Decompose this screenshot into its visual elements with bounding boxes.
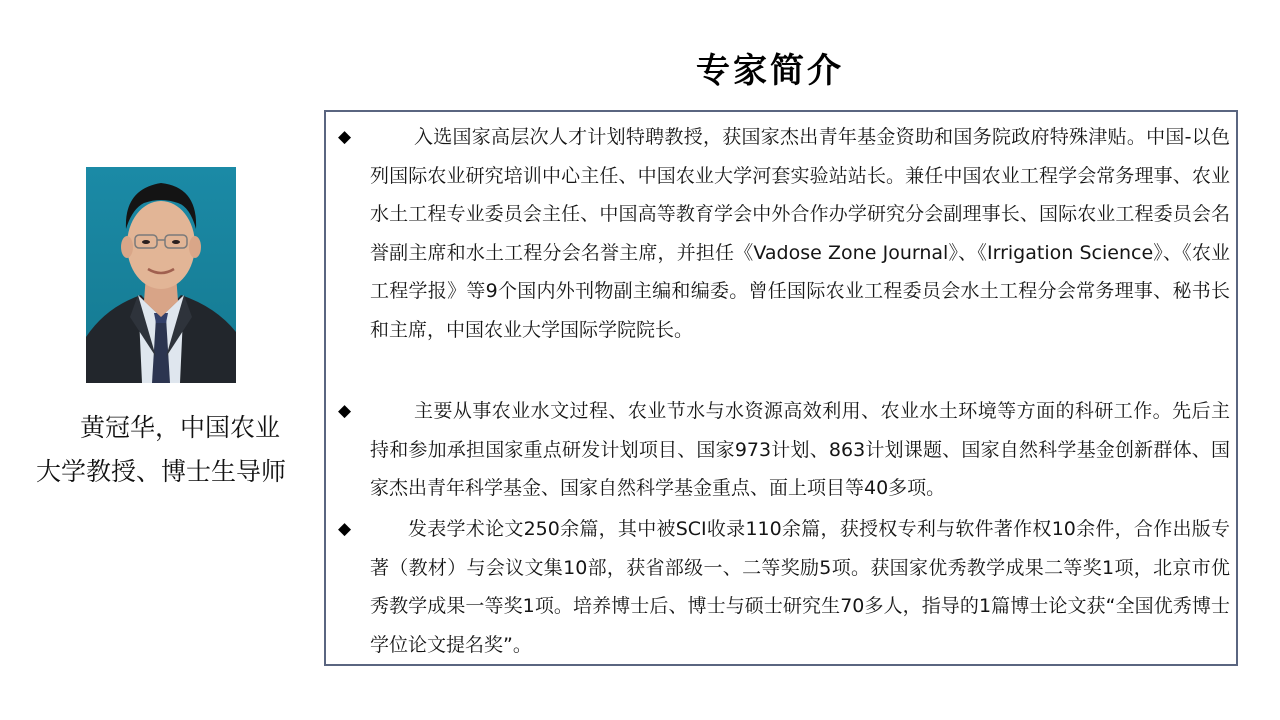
diamond-bullet-icon: ◆ xyxy=(338,392,358,431)
bio-item-text: 入选国家高层次人才计划特聘教授，获国家杰出青年基金资助和国务院政府特殊津贴。中国… xyxy=(370,118,1230,349)
bio-item-text: 发表学术论文250余篇，其中被SCI收录110余篇，获授权专利与软件著作权10余… xyxy=(370,510,1230,664)
caption-title-line: 大学教授、博士生导师 xyxy=(26,450,316,494)
slide: 专家简介 xyxy=(0,0,1280,720)
bio-box: ◆ 入选国家高层次人才计划特聘教授，获国家杰出青年基金资助和国务院政府特殊津贴。… xyxy=(324,110,1238,666)
bio-item-research: ◆ 主要从事农业水文过程、农业节水与水资源高效利用、农业水土环境等方面的科研工作… xyxy=(338,392,1230,508)
diamond-bullet-icon: ◆ xyxy=(338,510,358,549)
caption-name-line: 黄冠华，中国农业 xyxy=(26,406,316,450)
bio-item-achievements: ◆ 发表学术论文250余篇，其中被SCI收录110余篇，获授权专利与软件著作权1… xyxy=(338,510,1230,664)
profile-caption: 黄冠华，中国农业 大学教授、博士生导师 xyxy=(26,406,316,494)
portrait-illustration xyxy=(86,167,236,383)
diamond-bullet-icon: ◆ xyxy=(338,118,358,157)
bio-item-positions: ◆ 入选国家高层次人才计划特聘教授，获国家杰出青年基金资助和国务院政府特殊津贴。… xyxy=(338,118,1230,349)
bio-item-text: 主要从事农业水文过程、农业节水与水资源高效利用、农业水土环境等方面的科研工作。先… xyxy=(370,392,1230,508)
portrait-photo xyxy=(86,167,236,383)
page-title: 专家简介 xyxy=(620,46,920,96)
